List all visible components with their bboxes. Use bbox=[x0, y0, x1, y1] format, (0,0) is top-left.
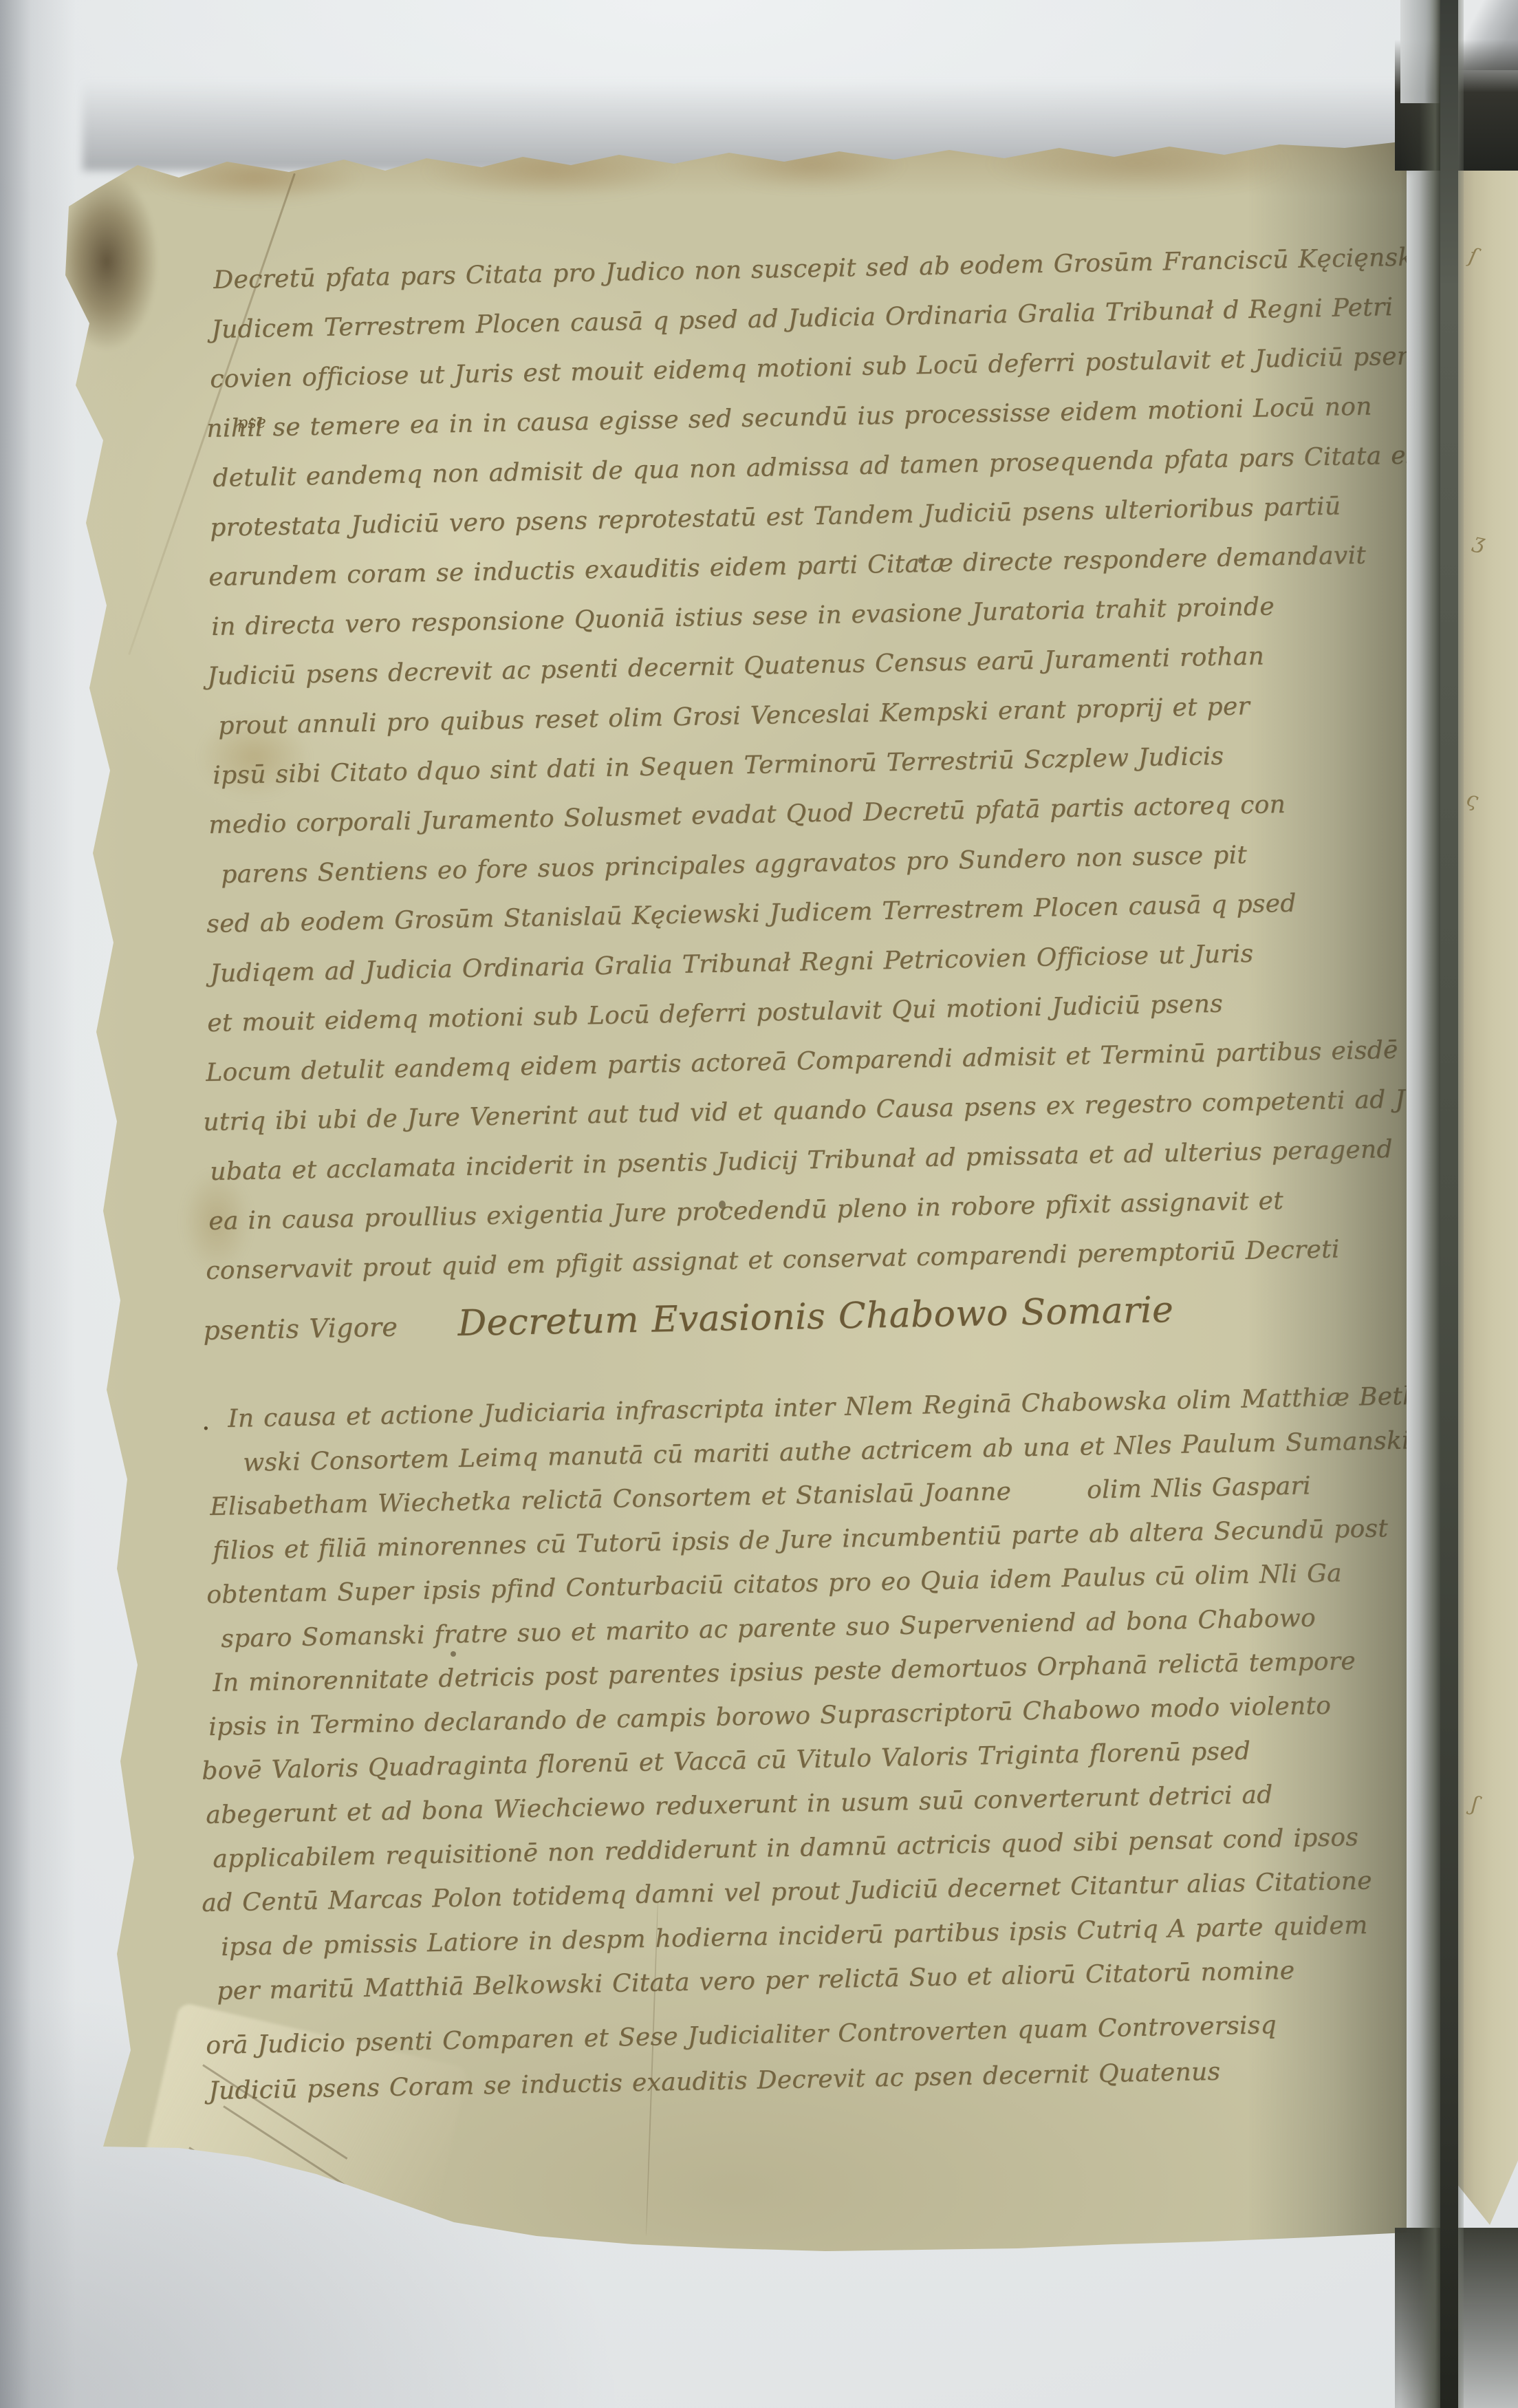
manuscript-text-line: nihil se temere ea in in causa egisse se… bbox=[206, 394, 1372, 442]
manuscript-text-line: orā Judicio psenti Comparen et Sese Judi… bbox=[206, 2013, 1277, 2058]
manuscript-text-line: ipsū sibi Citato dquo sint dati in Seque… bbox=[213, 744, 1224, 788]
manuscript-page: Decretū pfata pars Citata pro Judico non… bbox=[65, 117, 1407, 2253]
margin-mark: . bbox=[202, 1405, 210, 1437]
manuscript-text-line: per maritū Matthiā Belkowski Citata vero… bbox=[217, 1959, 1295, 2004]
manuscript-text-line: Judiqem ad Judicia Ordinaria Gralia Trib… bbox=[210, 942, 1254, 987]
manuscript-text-line: Judiciū psens Coram se inductis exauditi… bbox=[208, 2060, 1221, 2104]
manuscript-text-line: ipsis in Termino declarando de campis bo… bbox=[208, 1694, 1331, 1740]
manuscript-text-line: parens Sentiens eo fore suos principales… bbox=[221, 843, 1247, 888]
manuscript-text-line: ipsa de pmissis Latiore in despm hodiern… bbox=[221, 1913, 1368, 1960]
next-page-ink-mark: ʒ bbox=[1471, 529, 1488, 555]
manuscript-text-line: earundem coram se inductis exauditis eid… bbox=[208, 544, 1366, 590]
manuscript-text-line: medio corporali Juramento Solusmet evada… bbox=[208, 793, 1286, 838]
manuscript-text-line: ubata et acclamata inciderit in psentis … bbox=[210, 1137, 1393, 1185]
fray-mark bbox=[223, 2105, 397, 2219]
manuscript-text-line: utriq ibi ubi de Jure Venerint aut tud v… bbox=[203, 1086, 1507, 1135]
manuscript-text-line: ad Centū Marcas Polon totidemq damni vel… bbox=[202, 1869, 1372, 1916]
manuscript-text-line: In causa et actione Judiciaria infrascri… bbox=[228, 1384, 1433, 1432]
section-heading: Decretum Evasionis Chabowo Somarie bbox=[457, 1292, 1173, 1342]
heading-side-label: psentis Vigore bbox=[203, 1314, 398, 1344]
next-page-ink-mark: ς bbox=[1464, 787, 1481, 813]
next-page-ink-mark: ʃ bbox=[1469, 1792, 1479, 1817]
manuscript-text-line: Locum detulit eandemq eidem partis actor… bbox=[206, 1038, 1398, 1086]
manuscript-text-line: In minorennitate detricis post parentes … bbox=[213, 1649, 1356, 1696]
manuscript-text-line: sparo Somanski fratre suo et marito ac p… bbox=[221, 1606, 1316, 1652]
manuscript-text-line: detulit eandemq non admisit de qua non a… bbox=[213, 443, 1429, 491]
next-page-edge: ſ ʒ ς ʃ bbox=[1455, 103, 1518, 2246]
manuscript-text-line: filios et filiā minorennes cū Tutorū ips… bbox=[213, 1516, 1388, 1564]
manuscript-text-line: wski Consortem Leimq manutā cū mariti au… bbox=[243, 1428, 1444, 1476]
manuscript-text-line: applicabilem requisitionē non reddiderun… bbox=[213, 1825, 1358, 1872]
manuscript-text-line: sed ab eodem Grosūm Stanislaū Kęciewski … bbox=[206, 892, 1297, 937]
manuscript-text-line: prout annuli pro quibus reset olim Grosi… bbox=[218, 694, 1250, 739]
ink-speck bbox=[451, 1651, 456, 1657]
manuscript-text-line: Decretū pfata pars Citata pro Judico non… bbox=[213, 245, 1422, 293]
manuscript-text-line: in directa vero responsione Quoniā istiu… bbox=[211, 594, 1275, 640]
manuscript-text-line: covien officiose ut Juris est mouit eide… bbox=[210, 344, 1426, 392]
manuscript-text-line: bovē Valoris Quadraginta florenū et Vacc… bbox=[202, 1739, 1250, 1784]
manuscript-text-line: obtentam Super ipsis pfind Conturbaciū c… bbox=[206, 1561, 1342, 1608]
manuscript-text-line: et mouit eidemq motioni sub Locū deferri… bbox=[207, 992, 1223, 1036]
next-page-ink-mark: ſ bbox=[1466, 244, 1479, 269]
interlinear-note: pse bbox=[237, 412, 267, 432]
manuscript-text-line: protestata Judiciū vero psens reprotesta… bbox=[210, 494, 1341, 541]
manuscript-text-line: Judiciū psens decrevit ac psenti decerni… bbox=[207, 644, 1264, 689]
corner-stain bbox=[55, 172, 158, 351]
manuscript-text-line: ea in causa proullius exigentia Jure pro… bbox=[208, 1189, 1283, 1234]
rod-reflection bbox=[1400, 0, 1440, 103]
manuscript-text-line: abegerunt et ad bona Wiechciewo reduxeru… bbox=[206, 1783, 1273, 1828]
manuscript-text-line: Judicem Terrestrem Plocen causā q psed a… bbox=[211, 295, 1394, 343]
manuscript-text-line: conservavit prout quid em pfigit assigna… bbox=[206, 1237, 1340, 1284]
manuscript-text-line: Elisabetham Wiechetka relictā Consortem … bbox=[210, 1474, 1311, 1520]
fray-mark bbox=[188, 2147, 311, 2227]
glass-binding-rod bbox=[1440, 0, 1458, 2408]
